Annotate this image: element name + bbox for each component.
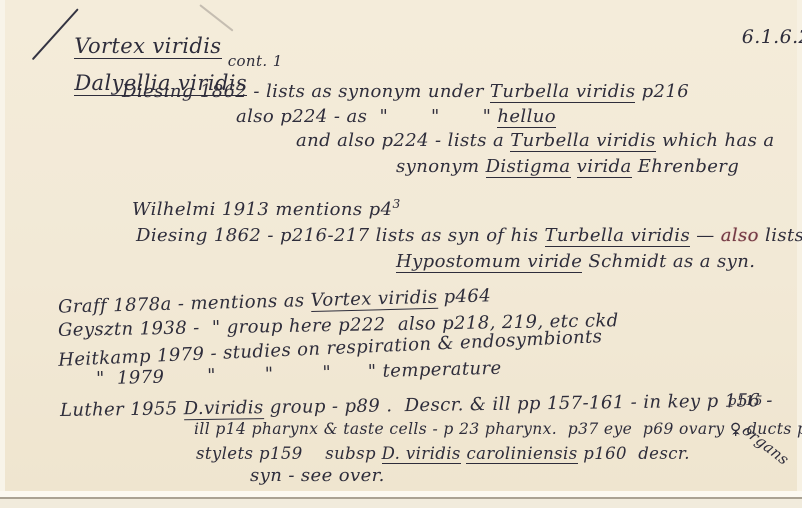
note-line: synonym Distigma virida Ehrenberg (396, 157, 739, 177)
card-left-edge (0, 0, 5, 491)
card-number: 6.1.6.2 (716, 6, 802, 69)
note-line: ill p14 pharynx & taste cells - p 23 pha… (194, 421, 802, 438)
note-line: Luther 1955 D.viridis group - p89 . Desc… (60, 391, 773, 421)
note-line: Diesing 1862 - lists as synonym under Tu… (122, 82, 689, 102)
note-line: and also p224 - lists a Turbella viridis… (296, 131, 775, 151)
note-line: Hypostomum viride Schmidt as a syn. (396, 252, 755, 272)
note-line: Wilhelmi 1913 mentions p43 (132, 198, 401, 220)
note-line: Diesing 1862 - p216-217 lists as syn of … (136, 226, 802, 246)
note-line: also p224 - as " " " helluo (236, 107, 556, 127)
scan-background (0, 499, 802, 508)
inserted-page-note: p115 (728, 395, 763, 409)
index-card: 6.1.6.2 Vortex viridis Dalyellia viridis… (0, 0, 802, 491)
note-line: stylets p159 subsp D. viridis carolinien… (196, 445, 690, 463)
title-continuation-note: cont. 1 (207, 36, 283, 86)
note-line: syn - see over. (250, 466, 385, 486)
